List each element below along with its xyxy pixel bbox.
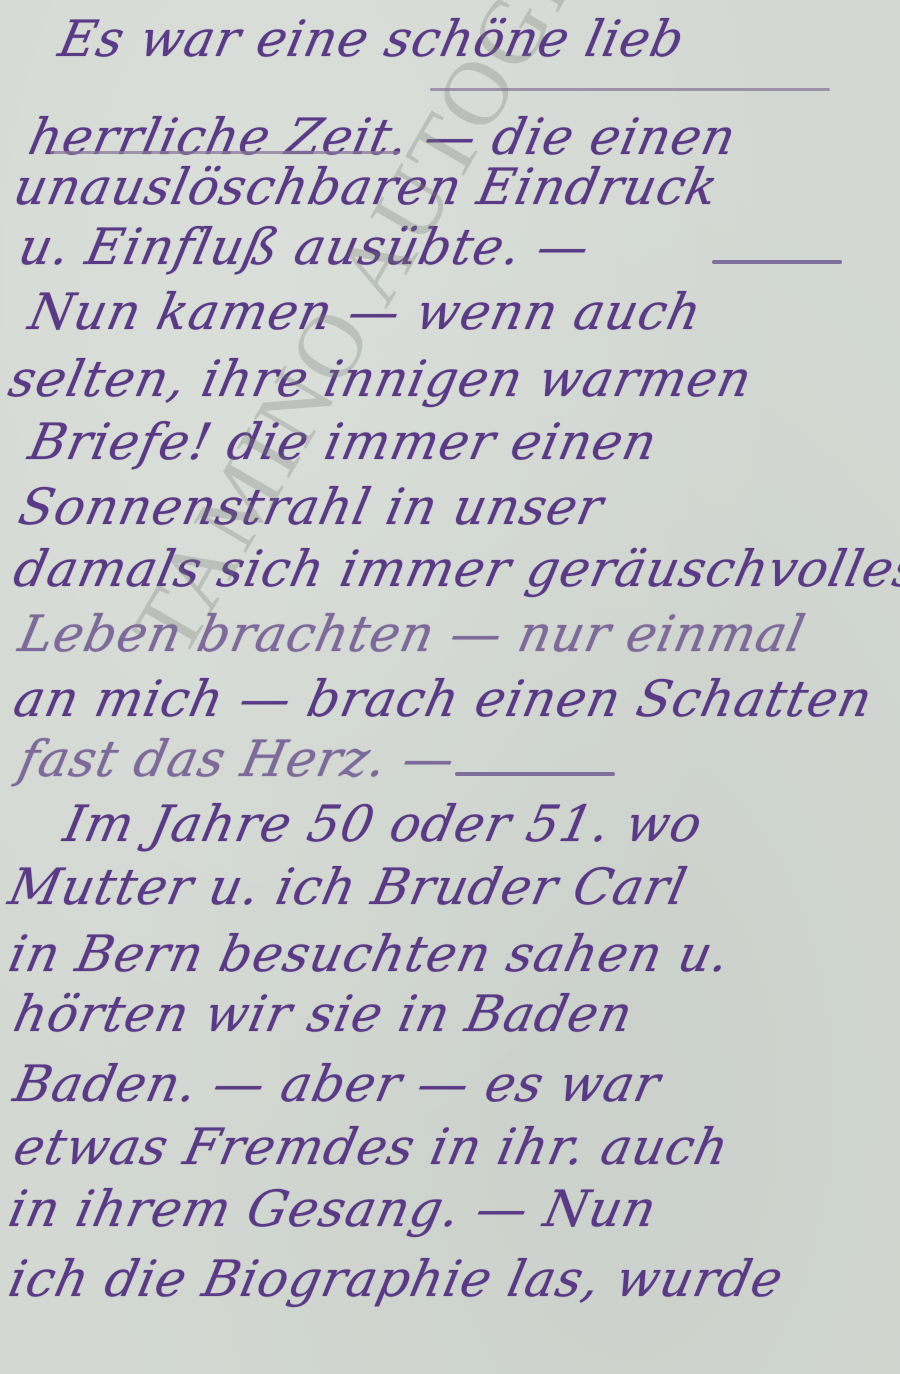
handwritten-line-6: selten, ihre innigen warmen — [4, 350, 900, 408]
dash-1 — [712, 260, 842, 264]
underline-2 — [50, 151, 400, 154]
handwritten-line-7: Briefe! die immer einen — [24, 413, 900, 471]
handwritten-line-4: u. Einfluß ausübte. — — [14, 218, 900, 276]
underline-1 — [430, 88, 830, 91]
handwritten-line-1: Es war eine schöne lieb — [54, 10, 900, 68]
handwritten-line-5: Nun kamen — wenn auch — [24, 283, 900, 341]
handwritten-line-8: Sonnenstrahl in unser — [14, 478, 900, 536]
handwritten-line-10: Leben brachten — nur einmal — [14, 605, 900, 663]
dash-2 — [455, 772, 615, 776]
handwritten-line-15: in Bern besuchten sahen u. — [4, 925, 900, 983]
handwritten-line-16: hörten wir sie in Baden — [9, 985, 900, 1043]
handwritten-line-11: an mich — brach einen Schatten — [9, 670, 900, 728]
handwritten-line-19: in ihrem Gesang. — Nun — [4, 1180, 900, 1238]
handwritten-line-13: Im Jahre 50 oder 51. wo — [59, 795, 900, 853]
handwritten-line-17: Baden. — aber — es war — [9, 1055, 900, 1113]
handwritten-line-18: etwas Fremdes in ihr. auch — [9, 1118, 900, 1176]
handwritten-line-3: unauslöschbaren Eindruck — [9, 158, 900, 216]
handwritten-line-12: fast das Herz. — — [14, 730, 900, 788]
handwritten-line-9: damals sich immer geräuschvolles — [9, 540, 900, 598]
handwritten-line-20: ich die Biographie las, wurde — [4, 1250, 900, 1308]
handwritten-line-14: Mutter u. ich Bruder Carl — [4, 858, 900, 916]
